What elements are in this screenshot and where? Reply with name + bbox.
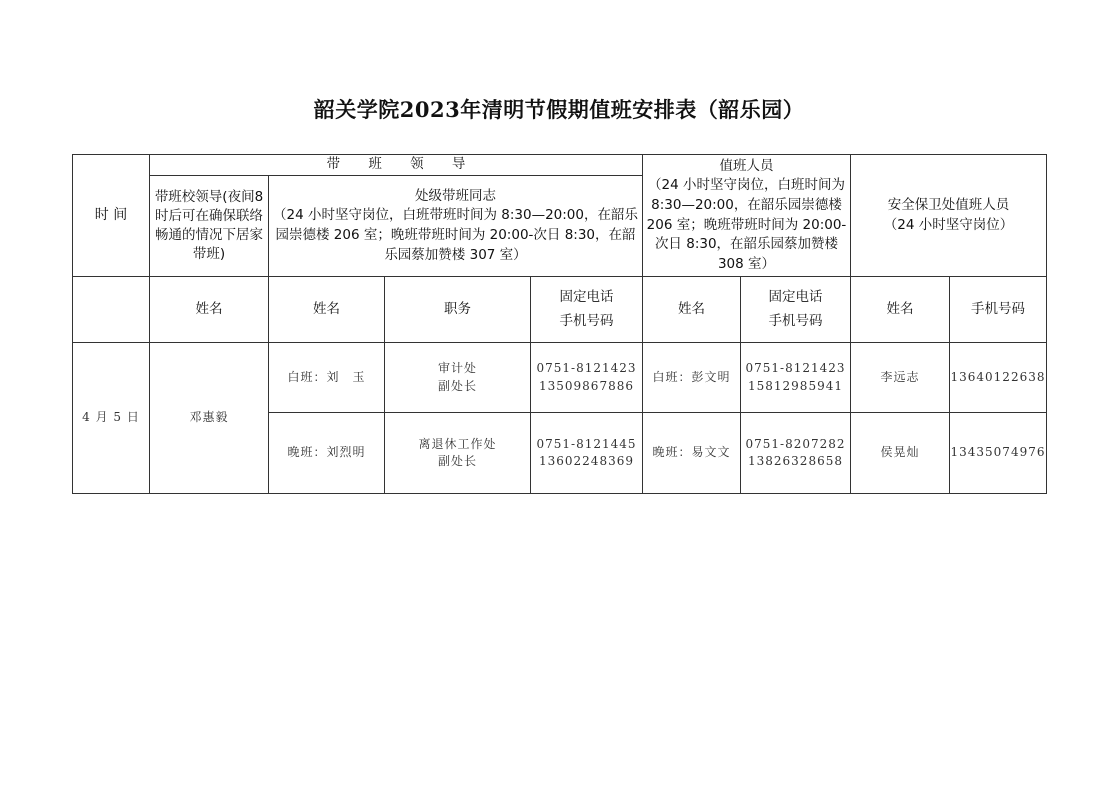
landline: 0751-8121423 bbox=[531, 360, 642, 377]
subheader-time-blank bbox=[73, 277, 150, 343]
subheader-security-name: 姓名 bbox=[851, 277, 950, 343]
security-phone-cell: 13435074976 bbox=[950, 413, 1047, 494]
landline-label: 固定电话 bbox=[531, 286, 642, 310]
division-phone-cell: 0751-8121445 13602248369 bbox=[531, 413, 643, 494]
header-time: 时 间 bbox=[73, 155, 150, 277]
duty-phone-cell: 0751-8207282 13826328658 bbox=[741, 413, 851, 494]
mobile-label: 手机号码 bbox=[531, 310, 642, 334]
mobile-label: 手机号码 bbox=[741, 310, 850, 334]
subheader-division-position: 职务 bbox=[385, 277, 531, 343]
mobile: 13602248369 bbox=[531, 453, 642, 470]
header-division-leader: 处级带班同志 （24 小时坚守岗位，白班带班时间为 8:30—20:00，在韶乐… bbox=[269, 176, 643, 277]
duty-staff-note: （24 小时坚守岗位，白班时间为 8:30—20:00，在韶乐园崇德楼 206 … bbox=[645, 176, 848, 274]
school-leader-cell: 邓惠毅 bbox=[150, 343, 269, 494]
date-cell: 4 月 5 日 bbox=[73, 343, 150, 494]
subheader-row: 姓名 姓名 职务 固定电话 手机号码 姓名 固定电话 手机号码 姓名 手机号码 bbox=[73, 277, 1047, 343]
mobile: 13826328658 bbox=[741, 453, 850, 470]
landline: 0751-8121423 bbox=[741, 360, 850, 377]
security-title: 安全保卫处值班人员 bbox=[851, 196, 1046, 216]
division-position-cell: 离退休工作处 副处长 bbox=[385, 413, 531, 494]
subheader-duty-phone: 固定电话 手机号码 bbox=[741, 277, 851, 343]
duty-name-cell: 晚班：易文文 bbox=[643, 413, 741, 494]
subheader-division-phone: 固定电话 手机号码 bbox=[531, 277, 643, 343]
landline: 0751-8207282 bbox=[741, 436, 850, 453]
header-security: 安全保卫处值班人员 （24 小时坚守岗位） bbox=[851, 155, 1047, 277]
security-name-cell: 侯晃灿 bbox=[851, 413, 950, 494]
division-name-cell: 白班：刘 玉 bbox=[269, 343, 385, 413]
title: 副处长 bbox=[385, 378, 530, 395]
subheader-security-phone: 手机号码 bbox=[950, 277, 1047, 343]
page-title: 韶关学院2023年清明节假期值班安排表（韶乐园） bbox=[0, 94, 1118, 124]
security-phone-cell: 13640122638 bbox=[950, 343, 1047, 413]
department: 审计处 bbox=[385, 360, 530, 377]
landline: 0751-8121445 bbox=[531, 436, 642, 453]
division-phone-cell: 0751-8121423 13509867886 bbox=[531, 343, 643, 413]
subheader-school-leader-name: 姓名 bbox=[150, 277, 269, 343]
duty-staff-title: 值班人员 bbox=[645, 157, 848, 177]
header-school-leader: 带班校领导(夜间8时后可在确保联络畅通的情况下居家带班) bbox=[150, 176, 269, 277]
department: 离退休工作处 bbox=[385, 436, 530, 453]
duty-phone-cell: 0751-8121423 15812985941 bbox=[741, 343, 851, 413]
title: 副处长 bbox=[385, 453, 530, 470]
mobile: 13509867886 bbox=[531, 378, 642, 395]
header-duty-staff: 值班人员 （24 小时坚守岗位，白班时间为 8:30—20:00，在韶乐园崇德楼… bbox=[643, 155, 851, 277]
header-leader-group: 带 班 领 导 bbox=[150, 155, 643, 176]
division-leader-note: （24 小时坚守岗位，白班带班时间为 8:30—20:00，在韶乐园崇德楼 20… bbox=[273, 206, 638, 265]
table-row: 4 月 5 日 邓惠毅 白班：刘 玉 审计处 副处长 0751-8121423 … bbox=[73, 343, 1047, 413]
mobile: 15812985941 bbox=[741, 378, 850, 395]
subheader-duty-name: 姓名 bbox=[643, 277, 741, 343]
landline-label: 固定电话 bbox=[741, 286, 850, 310]
division-leader-title: 处级带班同志 bbox=[273, 187, 638, 207]
subheader-division-name: 姓名 bbox=[269, 277, 385, 343]
division-position-cell: 审计处 副处长 bbox=[385, 343, 531, 413]
duty-schedule-table: 时 间 带 班 领 导 值班人员 （24 小时坚守岗位，白班时间为 8:30—2… bbox=[72, 154, 1047, 494]
duty-name-cell: 白班：彭文明 bbox=[643, 343, 741, 413]
division-name-cell: 晚班：刘烈明 bbox=[269, 413, 385, 494]
security-name-cell: 李远志 bbox=[851, 343, 950, 413]
header-row-1: 时 间 带 班 领 导 值班人员 （24 小时坚守岗位，白班时间为 8:30—2… bbox=[73, 155, 1047, 176]
security-note: （24 小时坚守岗位） bbox=[851, 216, 1046, 236]
